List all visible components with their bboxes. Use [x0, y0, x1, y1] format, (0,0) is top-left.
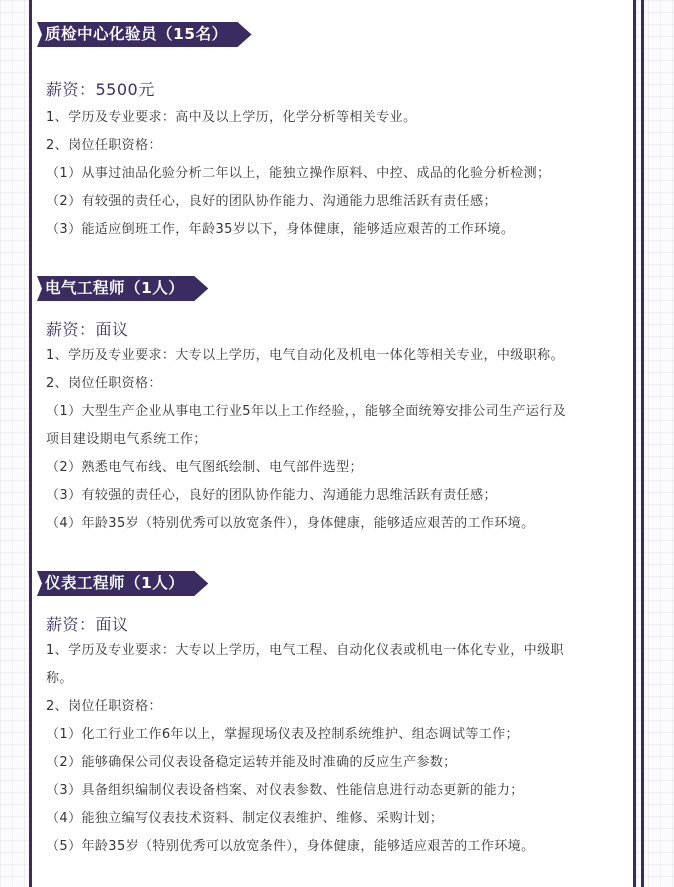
right-border-line-inner: [633, 0, 636, 887]
job-section-electrical-engineer: 电气工程师（1人） 薪资：面议 1、学历及专业要求：大专以上学历，电气自动化及机…: [37, 276, 627, 538]
requirement-line: 1、学历及专业要求：高中及以上学历，化学分析等相关专业。: [46, 104, 624, 132]
requirement-line: 2、岗位任职资格：: [46, 132, 624, 160]
requirement-line: 项目建设期电气系统工作；: [46, 426, 624, 454]
requirement-line: （2）能够确保公司仪表设备稳定运转并能及时准确的反应生产参数；: [46, 749, 624, 777]
requirement-line: 称。: [46, 665, 624, 693]
salary-line: 薪资：面议: [46, 317, 627, 340]
requirement-line: 2、岗位任职资格：: [46, 693, 624, 721]
requirement-line: （3）能适应倒班工作，年龄35岁以下，身体健康，能够适应艰苦的工作环境。: [46, 216, 624, 244]
requirement-line: 1、学历及专业要求：大专以上学历，电气工程、自动化仪表或机电一体化专业，中级职: [46, 637, 624, 665]
right-border-line-outer: [641, 0, 644, 887]
requirement-line: （2）有较强的责任心，良好的团队协作能力、沟通能力思维活跃有责任感；: [46, 188, 624, 216]
requirement-line: （1）大型生产企业从事电工行业5年以上工作经验，，能够全面统筹安排公司生产运行及: [46, 398, 624, 426]
job-section-qc-analyst: 质检中心化验员（15名） 薪资：5500元 1、学历及专业要求：高中及以上学历，…: [37, 22, 627, 244]
requirement-line: （4）年龄35岁（特别优秀可以放宽条件），身体健康，能够适应艰苦的工作环境。: [46, 510, 624, 538]
section-title-banner: 电气工程师（1人）: [37, 276, 208, 301]
requirement-line: 2、岗位任职资格：: [46, 370, 624, 398]
salary-line: 薪资：5500元: [46, 77, 627, 100]
section-title-banner: 仪表工程师（1人）: [37, 571, 208, 596]
requirement-line: （1）化工行业工作6年以上，掌握现场仪表及控制系统维护、组态调试等工作；: [46, 721, 624, 749]
requirement-line: 1、学历及专业要求：大专以上学历，电气自动化及机电一体化等相关专业，中级职称。: [46, 342, 624, 370]
requirement-line: （3）有较强的责任心，良好的团队协作能力、沟通能力思维活跃有责任感；: [46, 482, 624, 510]
job-section-instrument-engineer: 仪表工程师（1人） 薪资：面议 1、学历及专业要求：大专以上学历，电气工程、自动…: [37, 571, 627, 861]
requirement-line: （5）年龄35岁（特别优秀可以放宽条件），身体健康，能够适应艰苦的工作环境。: [46, 833, 624, 861]
requirement-line: （4）能独立编写仪表技术资料、制定仪表维护、维修、采购计划；: [46, 805, 624, 833]
salary-line: 薪资：面议: [46, 612, 627, 635]
requirement-line: （3）具备组织编制仪表设备档案、对仪表参数、性能信息进行动态更新的能力；: [46, 777, 624, 805]
requirement-line: （2）熟悉电气布线、电气图纸绘制、电气部件选型；: [46, 454, 624, 482]
requirement-line: （1）从事过油品化验分析二年以上，能独立操作原料、中控、成品的化验分析检测；: [46, 160, 624, 188]
left-border-line: [29, 0, 32, 887]
section-title-banner: 质检中心化验员（15名）: [37, 22, 252, 47]
